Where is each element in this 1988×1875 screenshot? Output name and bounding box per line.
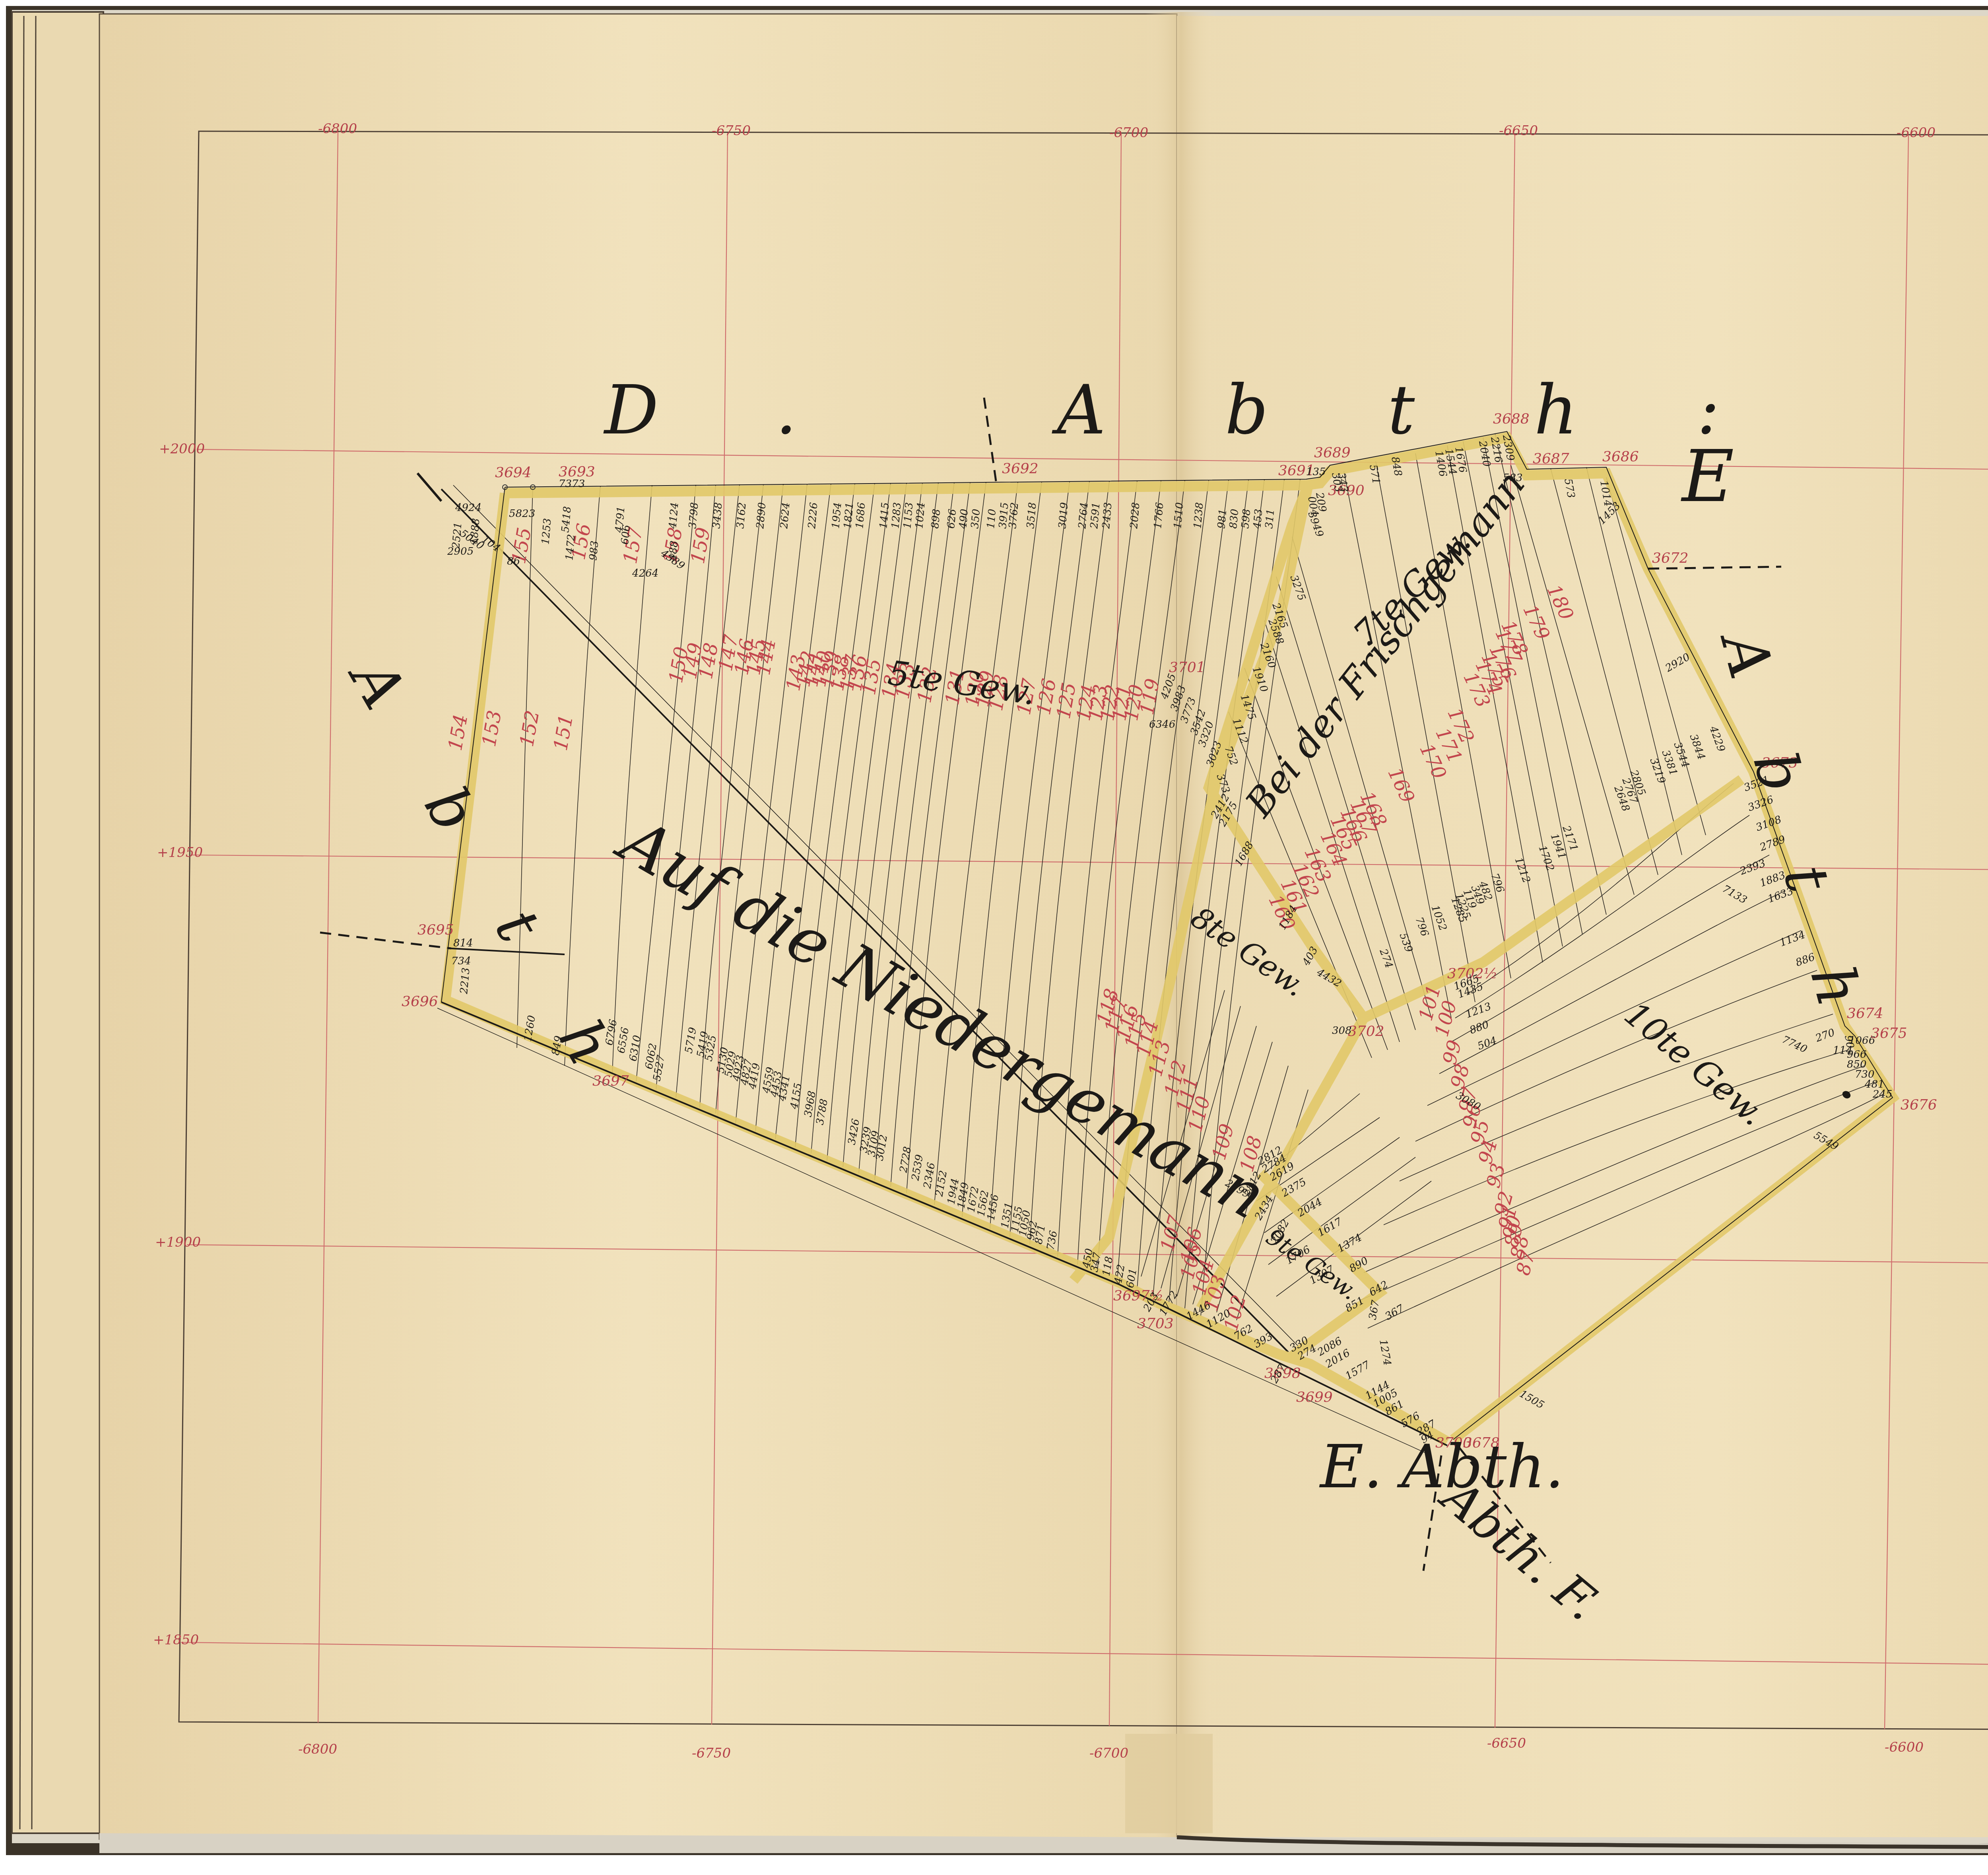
grid-label-x: -6600 [1885, 1739, 1924, 1755]
grid-label-x: -6700 [1109, 125, 1148, 141]
grid-label-y: +2000 [159, 441, 205, 457]
svg-text:1024: 1024 [913, 502, 928, 529]
page-stack-left [12, 12, 103, 1833]
grid-label-x: -6750 [692, 1745, 731, 1761]
point-label: 3687 [1533, 451, 1569, 467]
svg-text:983: 983 [587, 540, 601, 561]
svg-text:4124: 4124 [667, 502, 681, 530]
svg-text:1510: 1510 [1172, 502, 1186, 529]
svg-text:2028: 2028 [1128, 502, 1142, 530]
svg-text:1686: 1686 [854, 502, 868, 529]
svg-text:830: 830 [1227, 509, 1241, 529]
grid-label-y: +1900 [155, 1234, 201, 1250]
grid-label-x: -6650 [1499, 123, 1538, 139]
svg-text:110: 110 [985, 509, 998, 529]
grid-label-x: -6800 [318, 121, 357, 137]
svg-text:606: 606 [619, 525, 633, 545]
grid-label-x: -6650 [1487, 1735, 1526, 1751]
svg-text:3762: 3762 [1007, 502, 1021, 529]
map-scan: -6800 -6750 -6700 -6650 -6600 -6800 -675… [0, 0, 1988, 1875]
svg-text:1888: 1888 [468, 518, 482, 545]
svg-text:3518: 3518 [1025, 502, 1039, 529]
svg-text:814: 814 [453, 937, 473, 949]
point-label: 3694 [495, 464, 532, 481]
svg-text:3438: 3438 [711, 502, 725, 529]
label-abth-d: D. Abth: [603, 371, 1839, 450]
svg-text:5823: 5823 [509, 508, 535, 520]
svg-text:350: 350 [969, 509, 982, 529]
point-label: 3701 [1169, 659, 1206, 676]
svg-text:898: 898 [929, 509, 943, 529]
svg-text:4924: 4924 [455, 502, 481, 514]
grid-label-x: -6750 [712, 123, 751, 139]
svg-text:1253: 1253 [540, 518, 554, 545]
svg-text:2433: 2433 [1100, 502, 1114, 530]
svg-text:1766: 1766 [1152, 502, 1166, 529]
point-label: 3676 [1901, 1097, 1937, 1113]
point-label: 3699 [1296, 1389, 1333, 1405]
svg-text:981: 981 [1215, 509, 1229, 529]
grid-label-x: -6700 [1089, 1745, 1128, 1761]
svg-text:2213: 2213 [458, 967, 472, 995]
svg-text:3019: 3019 [1056, 502, 1071, 529]
point-label: 3696 [402, 993, 438, 1010]
svg-text:86: 86 [507, 556, 520, 567]
point-label: 3702 [1348, 1023, 1384, 1040]
svg-text:308: 308 [1332, 1025, 1352, 1037]
svg-text:2905: 2905 [447, 546, 474, 558]
grid-label-x: -6800 [298, 1741, 337, 1757]
label-abth-e-bottom: E. Abth. [1319, 1432, 1564, 1502]
svg-text:2890: 2890 [754, 502, 769, 530]
grid-label-x: -6600 [1897, 125, 1936, 141]
point-label: 3703 [1137, 1315, 1174, 1332]
svg-text:3162: 3162 [734, 502, 749, 529]
svg-text:734: 734 [451, 955, 471, 967]
svg-text:3798: 3798 [687, 502, 701, 529]
svg-text:1472: 1472 [563, 534, 578, 561]
svg-text:311: 311 [1263, 509, 1277, 529]
svg-text:1238: 1238 [1192, 502, 1206, 529]
svg-text:598: 598 [1239, 509, 1253, 529]
svg-text:626: 626 [945, 509, 959, 529]
svg-text:4264: 4264 [632, 567, 658, 579]
svg-text:5418: 5418 [559, 506, 574, 533]
grid-label-y: +1850 [153, 1632, 199, 1648]
cadastral-map: -6800 -6750 -6700 -6650 -6600 -6800 -675… [0, 0, 1988, 1875]
svg-text:7373: 7373 [559, 478, 585, 490]
label-abth-e: E [1681, 435, 1734, 518]
point-label: 3693 [559, 464, 595, 480]
svg-text:6346: 6346 [1149, 719, 1175, 731]
svg-text:490: 490 [957, 509, 971, 530]
svg-text:2624: 2624 [778, 502, 792, 530]
point-label: 3695 [417, 922, 454, 938]
svg-text:2226: 2226 [806, 502, 820, 530]
svg-text:135: 135 [1306, 466, 1326, 478]
point-label: 3692 [1002, 460, 1039, 477]
grid-label-y: +1950 [157, 845, 203, 861]
point-label: 3672 [1652, 550, 1689, 566]
point-label: 3686 [1602, 449, 1639, 465]
svg-text:453: 453 [1251, 509, 1265, 530]
